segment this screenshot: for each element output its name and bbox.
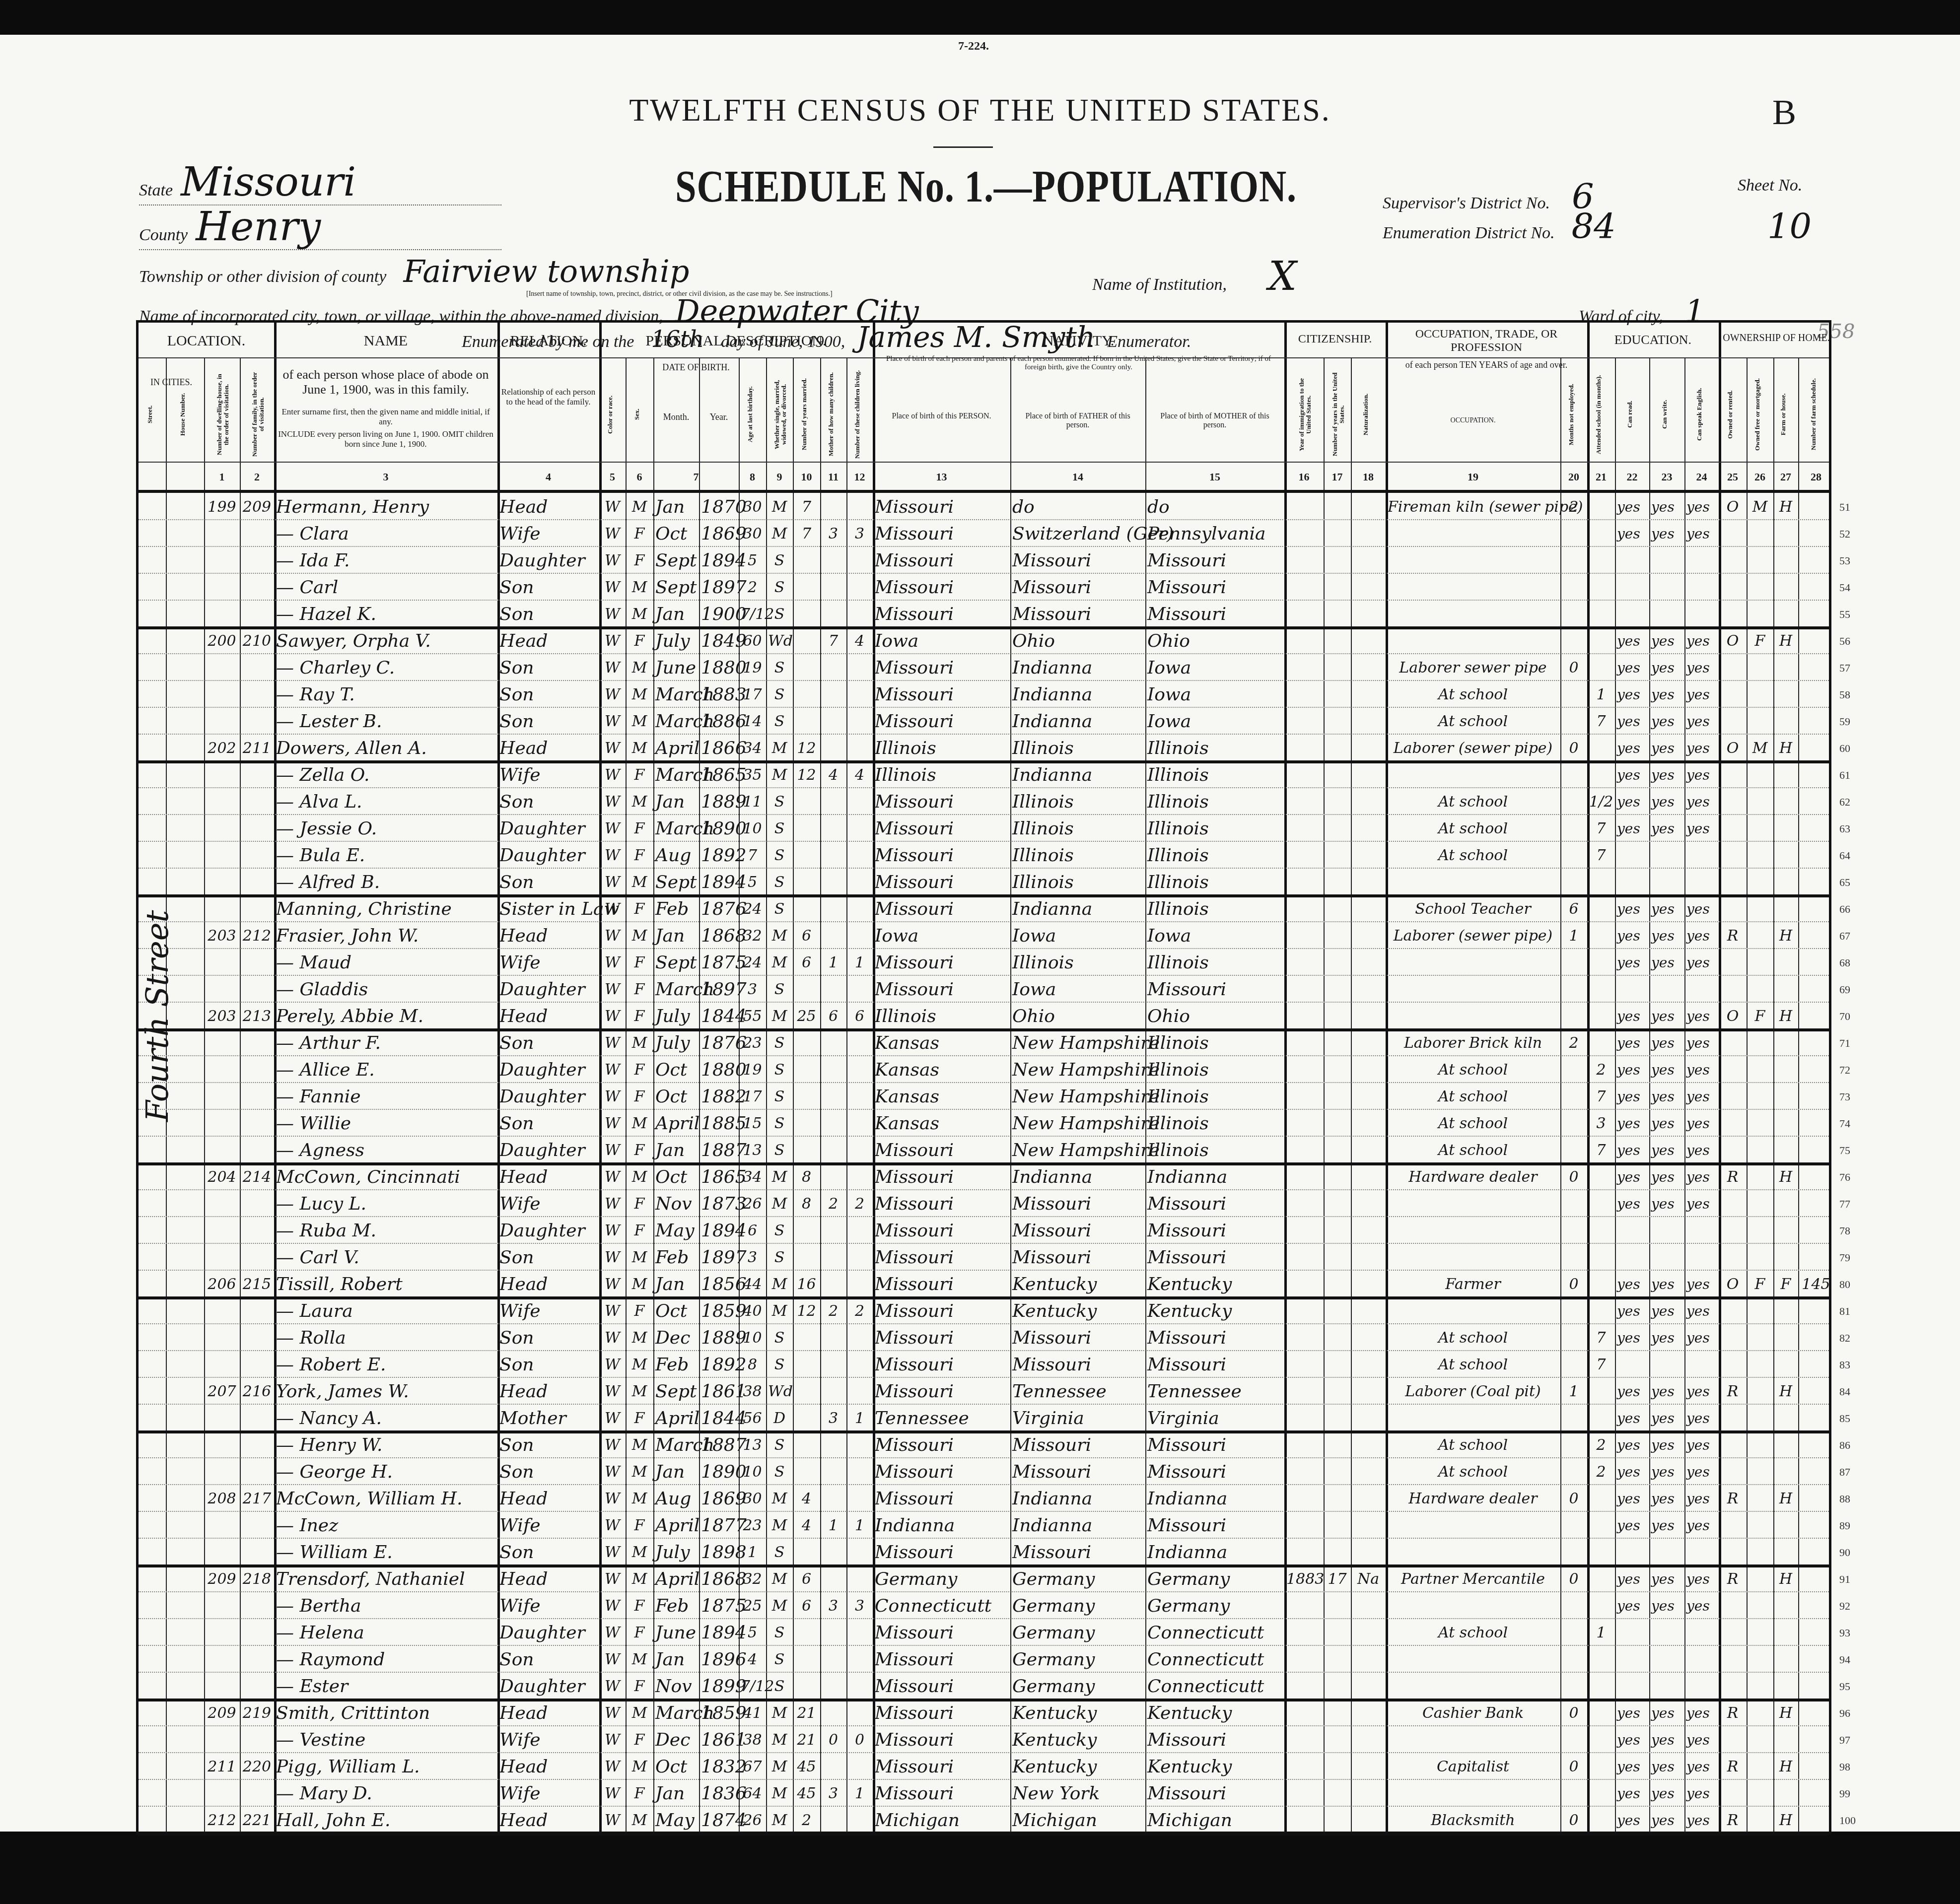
cell-marital: S <box>768 1432 791 1459</box>
cell-relation: Head <box>499 1566 597 1593</box>
cell-write <box>1651 976 1682 1003</box>
cell-read <box>1617 1244 1647 1271</box>
table-row: — Lucy L.WifeWFNov187326M822MissouriMiss… <box>139 1191 1829 1218</box>
line-number: 79 <box>1839 1251 1850 1264</box>
cell-write: yes <box>1651 1593 1682 1620</box>
cell-sched <box>1800 1807 1832 1834</box>
cell-relation: Son <box>499 869 597 896</box>
cell-sched <box>1800 1325 1832 1352</box>
cell-father-birth: Iowa <box>1012 976 1143 1003</box>
cell-relation: Head <box>499 923 597 950</box>
vertical-column-heading: House Number. <box>179 370 191 459</box>
cell-sched <box>1800 1700 1832 1727</box>
cell-sched <box>1800 1191 1832 1218</box>
table-row: — HelenaDaughterWFJune18945SMissouriGerm… <box>139 1620 1829 1646</box>
cell-age: 32 <box>741 1566 764 1593</box>
cell-free <box>1749 1378 1771 1405</box>
cell-dwelling: 212 <box>206 1807 238 1834</box>
cell-school <box>1589 547 1613 574</box>
cell-living <box>848 1057 871 1084</box>
line-number: 73 <box>1839 1090 1850 1103</box>
line-number: 86 <box>1839 1439 1850 1452</box>
county-value: Henry <box>196 204 321 250</box>
cell-own <box>1721 1780 1745 1807</box>
cell-name: Trensdorf, Nathaniel <box>276 1566 495 1593</box>
cell-living <box>848 1646 871 1673</box>
column-number: 13 <box>873 471 1010 483</box>
cell-relation: Son <box>499 1352 597 1378</box>
cell-natz <box>1353 1646 1384 1673</box>
line-number: 91 <box>1839 1573 1850 1586</box>
cell-name: — Inez <box>276 1512 495 1539</box>
cell-occupation: At school <box>1388 1110 1558 1137</box>
table-row: 206215Tissill, RobertHeadWMJan185644M16M… <box>139 1271 1829 1298</box>
column-description: OCCUPATION. <box>1389 417 1557 425</box>
cell-year: 1861 <box>701 1378 737 1405</box>
cell-birth: Missouri <box>875 1646 1008 1673</box>
column-description: of each person whose place of abode on J… <box>277 367 494 397</box>
cell-read <box>1617 1673 1647 1700</box>
cell-mother-birth: Pennsylvania <box>1147 521 1282 547</box>
table-row: — Hazel K.SonWMJan19007/12SMissouriMisso… <box>139 601 1829 628</box>
table-row: 203212Frasier, John W.HeadWMJan186832M6I… <box>139 923 1829 950</box>
cell-name: — Agness <box>276 1137 495 1164</box>
cell-birth: Illinois <box>875 735 1008 762</box>
cell-color: W <box>601 1754 624 1780</box>
cell-age: 67 <box>741 1754 764 1780</box>
cell-unemployed: 6 <box>1562 896 1585 923</box>
cell-mother-birth: Illinois <box>1147 896 1282 923</box>
cell-birth: Missouri <box>875 1298 1008 1325</box>
line-number: 69 <box>1839 983 1850 996</box>
cell-free <box>1749 708 1771 735</box>
cell-birth: Illinois <box>875 762 1008 789</box>
cell-school <box>1589 1700 1613 1727</box>
cell-unemployed: 0 <box>1562 1754 1585 1780</box>
cell-dwelling <box>206 521 238 547</box>
cell-immig <box>1286 1780 1322 1807</box>
cell-read: yes <box>1617 1378 1647 1405</box>
cell-father-birth: Indianna <box>1012 896 1143 923</box>
cell-farm <box>1775 547 1796 574</box>
column-number: 11 <box>820 471 846 483</box>
cell-name: Tissill, Robert <box>276 1271 495 1298</box>
cell-living <box>848 1700 871 1727</box>
cell-free <box>1749 1727 1771 1754</box>
cell-name: — Jessie O. <box>276 816 495 842</box>
cell-father-birth: Germany <box>1012 1620 1143 1646</box>
line-number: 96 <box>1839 1707 1850 1720</box>
cell-name: — William E. <box>276 1539 495 1566</box>
cell-immig <box>1286 1110 1322 1137</box>
cell-farm: H <box>1775 628 1796 655</box>
cell-occupation <box>1388 1780 1558 1807</box>
cell-farm <box>1775 574 1796 601</box>
cell-sex: F <box>628 1057 651 1084</box>
cell-father-birth: Tennessee <box>1012 1378 1143 1405</box>
cell-month: May <box>655 1218 697 1244</box>
line-number: 89 <box>1839 1519 1850 1532</box>
cell-read: yes <box>1617 494 1647 521</box>
cell-mother-birth: Iowa <box>1147 708 1282 735</box>
cell-natz <box>1353 1352 1384 1378</box>
cell-month: Aug <box>655 842 697 869</box>
cell-yrs-us <box>1326 1512 1349 1539</box>
cell-write: yes <box>1651 1164 1682 1191</box>
cell-school <box>1589 1030 1613 1057</box>
cell-family <box>242 896 272 923</box>
cell-unemployed <box>1562 976 1585 1003</box>
cell-month: Feb <box>655 1244 697 1271</box>
cell-mother-of <box>822 1539 844 1566</box>
cell-age: 32 <box>741 923 764 950</box>
cell-mother-of: 7 <box>822 628 844 655</box>
cell-natz <box>1353 789 1384 816</box>
cell-mother-of <box>822 1057 844 1084</box>
cell-occupation <box>1388 1405 1558 1432</box>
cell-relation: Head <box>499 1271 597 1298</box>
cell-relation: Daughter <box>499 1084 597 1110</box>
cell-sex: M <box>628 601 651 628</box>
cell-birth: Missouri <box>875 1754 1008 1780</box>
cell-write: yes <box>1651 1137 1682 1164</box>
table-row: 203213Perely, Abbie M.HeadWFJuly184455M2… <box>139 1003 1829 1030</box>
cell-occupation: At school <box>1388 1057 1558 1084</box>
cell-age: 7/12 <box>741 1673 764 1700</box>
cell-age: 1 <box>741 1539 764 1566</box>
line-number: 62 <box>1839 796 1850 809</box>
cell-family <box>242 789 272 816</box>
cell-yrs-married <box>795 1646 818 1673</box>
cell-mother-of <box>822 1137 844 1164</box>
cell-free <box>1749 1566 1771 1593</box>
cell-living <box>848 708 871 735</box>
cell-free <box>1749 1486 1771 1512</box>
cell-father-birth: Michigan <box>1012 1807 1143 1834</box>
cell-sex: M <box>628 1352 651 1378</box>
cell-school <box>1589 1807 1613 1834</box>
cell-name: Dowers, Allen A. <box>276 735 495 762</box>
cell-yrs-us <box>1326 628 1349 655</box>
cell-yrs-us <box>1326 1191 1349 1218</box>
cell-age: 19 <box>741 1057 764 1084</box>
cell-month: Feb <box>655 896 697 923</box>
cell-dwelling <box>206 1298 238 1325</box>
cell-marital: S <box>768 842 791 869</box>
cell-sex: M <box>628 1432 651 1459</box>
cell-unemployed: 2 <box>1562 1030 1585 1057</box>
cell-sched <box>1800 601 1832 628</box>
cell-relation: Wife <box>499 1191 597 1218</box>
cell-year: 1887 <box>701 1432 737 1459</box>
cell-year: 1889 <box>701 1325 737 1352</box>
line-number: 64 <box>1839 849 1850 862</box>
cell-marital: S <box>768 789 791 816</box>
cell-mother-of <box>822 896 844 923</box>
cell-mother-of: 3 <box>822 1405 844 1432</box>
cell-english: yes <box>1686 1164 1717 1191</box>
cell-mother-birth: Illinois <box>1147 842 1282 869</box>
cell-yrs-married <box>795 601 818 628</box>
cell-occupation: Laborer Brick kiln <box>1388 1030 1558 1057</box>
cell-sex: F <box>628 1003 651 1030</box>
cell-mother-birth: Illinois <box>1147 1084 1282 1110</box>
cell-dwelling: 203 <box>206 1003 238 1030</box>
table-row: — Carl V.SonWMFeb18973SMissouriMissouriM… <box>139 1244 1829 1271</box>
cell-mother-of <box>822 681 844 708</box>
cell-sex: F <box>628 1084 651 1110</box>
cell-sched <box>1800 1405 1832 1432</box>
cell-unemployed: 0 <box>1562 1700 1585 1727</box>
cell-yrs-us <box>1326 1432 1349 1459</box>
cell-name: — Allice E. <box>276 1057 495 1084</box>
cell-sched <box>1800 1727 1832 1754</box>
cell-own <box>1721 521 1745 547</box>
cell-dwelling: 208 <box>206 1486 238 1512</box>
cell-name: — Nancy A. <box>276 1405 495 1432</box>
cell-sched <box>1800 976 1832 1003</box>
cell-english: yes <box>1686 1137 1717 1164</box>
enumeration-label: Enumeration District No. <box>1383 224 1555 242</box>
cell-family: 210 <box>242 628 272 655</box>
cell-school <box>1589 1512 1613 1539</box>
table-row: — Charley C.SonWMJune188019SMissouriIndi… <box>139 655 1829 681</box>
cell-natz <box>1353 574 1384 601</box>
cell-relation: Wife <box>499 521 597 547</box>
table-row: — BerthaWifeWFFeb187525M633ConnecticuttG… <box>139 1593 1829 1620</box>
cell-family <box>242 1110 272 1137</box>
table-row: — Ray T.SonWMMarch188317SMissouriIndiann… <box>139 681 1829 708</box>
cell-own <box>1721 1512 1745 1539</box>
cell-name: — Henry W. <box>276 1432 495 1459</box>
cell-immig <box>1286 547 1322 574</box>
cell-free <box>1749 896 1771 923</box>
cell-month: Aug <box>655 1486 697 1512</box>
cell-farm: H <box>1775 494 1796 521</box>
cell-read <box>1617 574 1647 601</box>
table-row: — InezWifeWFApril187723M411IndiannaIndia… <box>139 1512 1829 1539</box>
cell-natz <box>1353 628 1384 655</box>
cell-own <box>1721 1110 1745 1137</box>
cell-family <box>242 1325 272 1352</box>
cell-mother-birth: Connecticutt <box>1147 1673 1282 1700</box>
cell-birth: Connecticutt <box>875 1593 1008 1620</box>
cell-sex: M <box>628 1807 651 1834</box>
cell-marital: S <box>768 1110 791 1137</box>
cell-name: — Zella O. <box>276 762 495 789</box>
cell-sex: F <box>628 1727 651 1754</box>
column-description: Year. <box>702 412 736 422</box>
cell-mother-birth: Iowa <box>1147 681 1282 708</box>
cell-english <box>1686 574 1717 601</box>
cell-father-birth: Germany <box>1012 1566 1143 1593</box>
cell-immig <box>1286 681 1322 708</box>
cell-age: 7/12 <box>741 601 764 628</box>
cell-yrs-us <box>1326 1271 1349 1298</box>
cell-color: W <box>601 681 624 708</box>
table-row: 200210Sawyer, Orpha V.HeadWFJuly184960Wd… <box>139 628 1829 655</box>
cell-family: 214 <box>242 1164 272 1191</box>
cell-name: — Gladdis <box>276 976 495 1003</box>
cell-month: Jan <box>655 1646 697 1673</box>
column-description: Place of birth of FATHER of this person. <box>1013 412 1142 430</box>
cell-marital: S <box>768 1030 791 1057</box>
cell-sched <box>1800 681 1832 708</box>
cell-occupation <box>1388 1244 1558 1271</box>
cell-dwelling <box>206 1459 238 1486</box>
line-number: 74 <box>1839 1117 1850 1130</box>
column-number: 22 <box>1615 471 1649 483</box>
cell-immig <box>1286 1244 1322 1271</box>
column-number: 3 <box>274 471 497 483</box>
cell-unemployed: 1 <box>1562 923 1585 950</box>
cell-month: March <box>655 681 697 708</box>
cell-natz <box>1353 521 1384 547</box>
cell-month: Sept <box>655 547 697 574</box>
cell-write <box>1651 1539 1682 1566</box>
cell-dwelling <box>206 574 238 601</box>
cell-own <box>1721 1727 1745 1754</box>
cell-dwelling <box>206 869 238 896</box>
cell-color: W <box>601 1191 624 1218</box>
cell-marital: S <box>768 1646 791 1673</box>
cell-color: W <box>601 950 624 976</box>
cell-mother-of: 4 <box>822 762 844 789</box>
cell-father-birth: New Hampshire <box>1012 1137 1143 1164</box>
cell-occupation <box>1388 950 1558 976</box>
cell-name: — Robert E. <box>276 1352 495 1378</box>
cell-read <box>1617 1352 1647 1378</box>
cell-own <box>1721 1244 1745 1271</box>
cell-farm <box>1775 950 1796 976</box>
cell-read <box>1617 547 1647 574</box>
line-number: 82 <box>1839 1332 1850 1345</box>
table-row: Manning, ChristineSister in LawWFFeb1876… <box>139 896 1829 923</box>
cell-color: W <box>601 1325 624 1352</box>
cell-read <box>1617 601 1647 628</box>
cell-school <box>1589 1486 1613 1512</box>
cell-free <box>1749 681 1771 708</box>
cell-dwelling: 203 <box>206 923 238 950</box>
cell-yrs-married <box>795 869 818 896</box>
cell-family <box>242 1298 272 1325</box>
cell-yrs-married: 25 <box>795 1003 818 1030</box>
cell-yrs-us <box>1326 1700 1349 1727</box>
cell-own: O <box>1721 494 1745 521</box>
cell-name: Sawyer, Orpha V. <box>276 628 495 655</box>
cell-mother-of <box>822 1700 844 1727</box>
cell-occupation <box>1388 762 1558 789</box>
line-number: 81 <box>1839 1305 1850 1318</box>
cell-yrs-married <box>795 1405 818 1432</box>
cell-mother-of <box>822 547 844 574</box>
cell-school <box>1589 1539 1613 1566</box>
cell-age: 23 <box>741 1512 764 1539</box>
cell-month: July <box>655 628 697 655</box>
cell-relation: Head <box>499 1700 597 1727</box>
cell-age: 10 <box>741 1325 764 1352</box>
cell-sex: M <box>628 1030 651 1057</box>
cell-yrs-married: 8 <box>795 1164 818 1191</box>
cell-immig <box>1286 1378 1322 1405</box>
cell-own <box>1721 1325 1745 1352</box>
cell-marital: S <box>768 601 791 628</box>
cell-dwelling: 199 <box>206 494 238 521</box>
cell-occupation: Laborer (sewer pipe) <box>1388 923 1558 950</box>
cell-school: 7 <box>1589 708 1613 735</box>
cell-mother-of <box>822 655 844 681</box>
cell-dwelling <box>206 1110 238 1137</box>
cell-unemployed <box>1562 1512 1585 1539</box>
cell-living <box>848 1486 871 1512</box>
cell-marital: S <box>768 655 791 681</box>
cell-immig <box>1286 1673 1322 1700</box>
cell-month: Jan <box>655 1271 697 1298</box>
cell-name: — Rolla <box>276 1325 495 1352</box>
cell-year: 1869 <box>701 521 737 547</box>
cell-yrs-us <box>1326 1352 1349 1378</box>
cell-yrs-married: 6 <box>795 950 818 976</box>
cell-living <box>848 1030 871 1057</box>
cell-sex: F <box>628 1673 651 1700</box>
cell-name: — Ruba M. <box>276 1218 495 1244</box>
cell-yrs-us <box>1326 1244 1349 1271</box>
cell-mother-of <box>822 1486 844 1512</box>
cell-age: 14 <box>741 708 764 735</box>
cell-yrs-married <box>795 681 818 708</box>
cell-color: W <box>601 574 624 601</box>
cell-family: 209 <box>242 494 272 521</box>
cell-unemployed <box>1562 628 1585 655</box>
cell-age: 56 <box>741 1405 764 1432</box>
cell-mother-of <box>822 1164 844 1191</box>
cell-school <box>1589 1727 1613 1754</box>
cell-dwelling <box>206 1593 238 1620</box>
cell-relation: Son <box>499 1244 597 1271</box>
vertical-column-heading: Sex. <box>633 370 645 459</box>
cell-name: — Maud <box>276 950 495 976</box>
cell-color: W <box>601 1271 624 1298</box>
cell-color: W <box>601 1137 624 1164</box>
cell-mother-birth: Illinois <box>1147 869 1282 896</box>
cell-unemployed <box>1562 869 1585 896</box>
cell-living: 1 <box>848 1405 871 1432</box>
cell-relation: Daughter <box>499 842 597 869</box>
cell-own <box>1721 762 1745 789</box>
cell-natz <box>1353 1486 1384 1512</box>
cell-yrs-us <box>1326 1378 1349 1405</box>
cell-free <box>1749 1405 1771 1432</box>
cell-name: McCown, Cincinnati <box>276 1164 495 1191</box>
cell-name: — Lucy L. <box>276 1191 495 1218</box>
cell-write: yes <box>1651 1405 1682 1432</box>
cell-year: 1874 <box>701 1807 737 1834</box>
cell-english <box>1686 1673 1717 1700</box>
cell-write: yes <box>1651 1459 1682 1486</box>
cell-color: W <box>601 1030 624 1057</box>
cell-yrs-us <box>1326 816 1349 842</box>
cell-living <box>848 1110 871 1137</box>
line-number: 51 <box>1839 501 1850 514</box>
cell-mother-birth: Kentucky <box>1147 1700 1282 1727</box>
cell-read: yes <box>1617 1271 1647 1298</box>
cell-color: W <box>601 1432 624 1459</box>
group-heading: LOCATION. <box>139 333 274 349</box>
cell-month: July <box>655 1539 697 1566</box>
cell-farm <box>1775 1030 1796 1057</box>
cell-write: yes <box>1651 1378 1682 1405</box>
cell-sex: M <box>628 923 651 950</box>
